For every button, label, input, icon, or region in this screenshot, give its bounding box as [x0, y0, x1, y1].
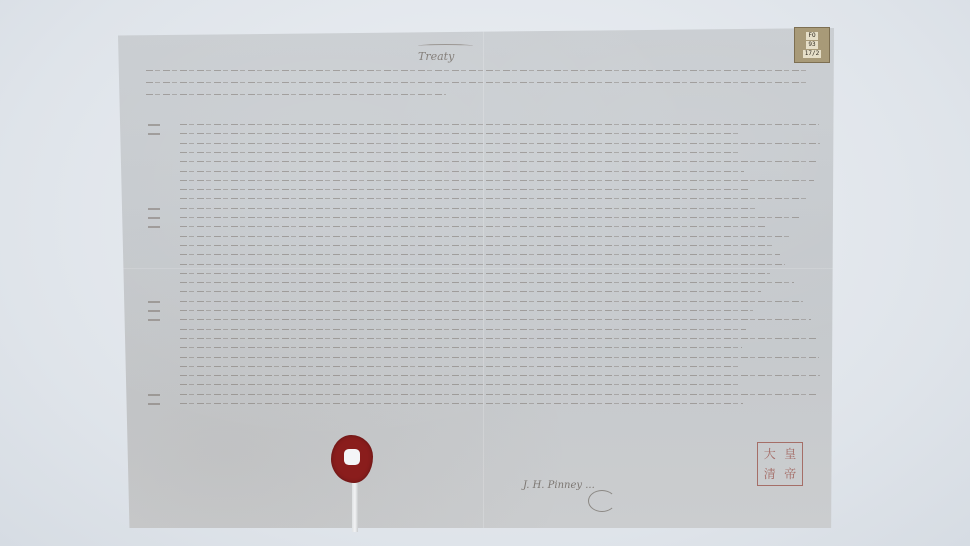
script-line — [180, 301, 803, 302]
script-line — [180, 180, 814, 181]
script-line — [180, 217, 799, 218]
script-line — [180, 347, 742, 348]
script-line — [180, 394, 818, 395]
script-line — [180, 264, 785, 265]
script-line — [180, 273, 770, 274]
chinese-seal-stamp: 大 皇 清 帝 — [757, 442, 803, 486]
seal-char: 大 — [760, 445, 780, 464]
signature-flourish — [588, 490, 616, 512]
script-line — [180, 319, 811, 320]
script-line — [180, 198, 807, 199]
script-line — [180, 133, 740, 134]
script-line — [180, 189, 749, 190]
script-line — [180, 152, 741, 153]
seal-ribbon — [352, 482, 358, 532]
fold-line-vertical — [483, 28, 484, 528]
wax-seal-impression — [344, 449, 360, 465]
fold-line-horizontal — [118, 268, 834, 269]
script-line — [180, 236, 790, 237]
script-line — [180, 124, 819, 125]
script-line — [180, 375, 820, 376]
margin-mark — [148, 133, 160, 135]
wax-seal — [331, 435, 373, 483]
script-line — [180, 357, 819, 358]
title-flourish — [418, 44, 473, 48]
margin-mark — [148, 226, 160, 228]
script-line — [146, 82, 806, 83]
script-line — [146, 70, 806, 71]
margin-mark — [148, 319, 160, 321]
script-line — [180, 291, 761, 292]
margin-mark — [148, 310, 160, 312]
margin-mark — [148, 208, 160, 210]
label-line-1: FO — [806, 32, 817, 40]
seal-char: 皇 — [781, 445, 801, 464]
script-line — [180, 384, 741, 385]
seal-char: 清 — [760, 465, 780, 484]
document-heading: Treaty — [418, 50, 454, 63]
script-line — [180, 338, 816, 339]
script-line — [180, 171, 744, 172]
script-line — [180, 366, 740, 367]
script-line — [180, 403, 743, 404]
margin-mark — [148, 217, 160, 219]
script-line — [180, 143, 820, 144]
margin-mark — [148, 403, 160, 405]
margin-mark — [148, 124, 160, 126]
script-line — [146, 94, 446, 95]
script-line — [180, 245, 775, 246]
seal-char: 帝 — [781, 465, 801, 484]
label-line-3: 17/2 — [803, 50, 821, 58]
margin-mark — [148, 301, 160, 303]
script-line — [180, 208, 756, 209]
signature: J. H. Pinney ... — [523, 480, 595, 491]
script-line — [180, 329, 746, 330]
script-line — [180, 254, 780, 255]
label-line-2: 93 — [806, 41, 817, 49]
script-line — [180, 161, 818, 162]
margin-mark — [148, 394, 160, 396]
script-line — [180, 226, 765, 227]
script-line — [180, 310, 753, 311]
archive-reference-label: FO 93 17/2 — [794, 27, 830, 63]
parchment-document: Treaty J. H. Pinney ... — [118, 28, 834, 528]
script-line — [180, 282, 794, 283]
